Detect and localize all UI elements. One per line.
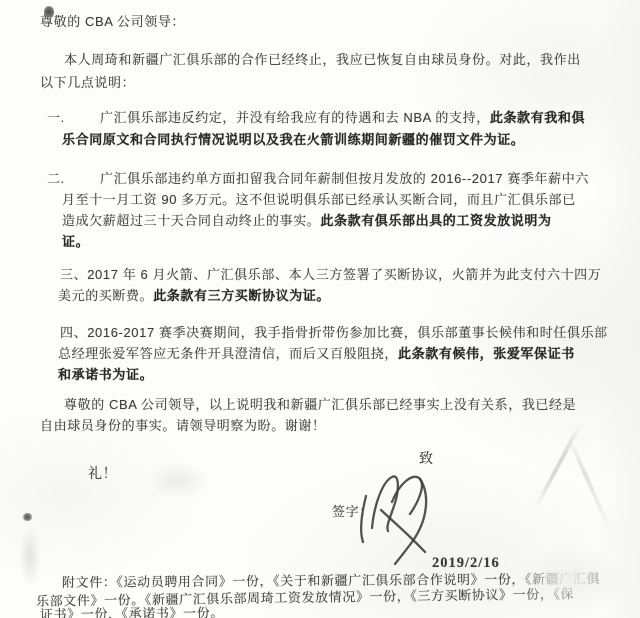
- text-segment: 广汇俱乐部违反约定，并没有给我应有的待遇和去 NBA 的支持，: [100, 110, 490, 125]
- text-segment: 总经理张爱军答应无条件开具澄清信，而后又百般阻挠，: [58, 346, 398, 361]
- scan-smudge: [17, 519, 43, 593]
- item-2-line-4: 证。: [62, 234, 89, 249]
- text-segment: 一.: [47, 110, 65, 125]
- text-segment: 致: [419, 450, 434, 466]
- text-segment: 此条款有我和俱: [490, 110, 585, 125]
- text-segment: 乐合同原文和合同执行情况说明以及我在火箭训练期间新疆的催罚文件为证。: [62, 132, 524, 147]
- attachment-line-3: 证书》一份，《承诺书》一份。: [40, 605, 224, 618]
- text-segment: 自由球员身份的事实。请领导明察为盼。谢谢！: [40, 418, 326, 433]
- text-segment: 此条款有俱乐部出具的工资发放说明为: [320, 213, 551, 228]
- item-1-line-1: 广汇俱乐部违反约定，并没有给我应有的待遇和去 NBA 的支持，此条款有我和俱: [100, 110, 585, 125]
- item-3-line-1: 三、2017 年 6 月火箭、广汇俱乐部、本人三方签署了买断协议，火箭并为此支付…: [60, 267, 601, 282]
- scan-shading: [596, 0, 640, 618]
- closing-line-1: 尊敬的 CBA 公司领导，以上说明我和新疆广汇俱乐部已经事实上没有关系，我已经是: [64, 397, 576, 412]
- text-segment: 美元的买断费。: [58, 288, 153, 303]
- text-segment: 月至十一月工资 90 多万元。这不但说明俱乐部已经承认买断合同，而且广汇俱乐部已: [62, 192, 576, 207]
- text-segment: 尊敬的 CBA 公司领导，以上说明我和新疆广汇俱乐部已经事实上没有关系，我已经是: [64, 397, 576, 412]
- scan-smudge: [534, 423, 583, 510]
- closing-line-2: 自由球员身份的事实。请领导明察为盼。谢谢！: [40, 418, 326, 433]
- text-segment: 礼！: [88, 465, 117, 481]
- text-segment: 此条款有候伟，张爱军保证书: [398, 346, 575, 361]
- item-1-number: 一.: [47, 110, 65, 125]
- item-3-line-2: 美元的买断费。此条款有三方买断协议为证。: [58, 288, 330, 303]
- item-4-line-3: 和承诺书为证。: [58, 367, 153, 382]
- text-segment: 四、2016-2017 赛季决赛期间，我手指骨折带伤参加比赛，俱乐部董事长候伟和…: [60, 325, 608, 340]
- item-2-line-1: 广汇俱乐部违约单方面扣留我合同年薪制但按月发放的 2016--2017 赛季年薪…: [100, 171, 589, 186]
- scan-smudge: [138, 458, 218, 504]
- closing-li: 礼！: [88, 466, 117, 481]
- text-segment: 三、2017 年 6 月火箭、广汇俱乐部、本人三方签署了买断协议，火箭并为此支付…: [60, 267, 601, 282]
- signature-stroke: [361, 496, 366, 542]
- text-segment: 广汇俱乐部违约单方面扣留我合同年薪制但按月发放的 2016--2017 赛季年薪…: [100, 171, 589, 186]
- item-1-line-2: 乐合同原文和合同执行情况说明以及我在火箭训练期间新疆的催罚文件为证。: [62, 132, 524, 147]
- closing-zhi: 致: [419, 451, 434, 466]
- item-2-line-3: 造成欠薪超过三十天合同自动终止的事实。此条款有俱乐部出具的工资发放说明为: [62, 213, 552, 228]
- text-segment: 和承诺书为证。: [58, 367, 153, 382]
- text-segment: 尊敬的 CBA 公司领导：: [40, 14, 185, 29]
- ink-speck: [22, 513, 33, 521]
- text-segment: 本人周琦和新疆广汇俱乐部的合作已经终止，我应已恢复自由球员身份。对此，我作出: [64, 52, 581, 67]
- text-segment: 以下几点说明：: [40, 75, 135, 90]
- item-2-line-2: 月至十一月工资 90 多万元。这不但说明俱乐部已经承认买断合同，而且广汇俱乐部已: [62, 192, 576, 207]
- item-2-number: 二.: [47, 171, 65, 186]
- item-4-line-2: 总经理张爱军答应无条件开具澄清信，而后又百般阻挠，此条款有候伟，张爱军保证书: [58, 346, 575, 361]
- text-segment: 此条款有三方买断协议为证。: [153, 288, 330, 303]
- salutation: 尊敬的 CBA 公司领导：: [40, 14, 185, 29]
- intro-line-2: 以下几点说明：: [40, 75, 135, 90]
- letter-page: 尊敬的 CBA 公司领导：本人周琦和新疆广汇俱乐部的合作已经终止，我应已恢复自由…: [0, 0, 640, 618]
- item-4-line-1: 四、2016-2017 赛季决赛期间，我手指骨折带伤参加比赛，俱乐部董事长候伟和…: [60, 325, 608, 340]
- text-segment: 造成欠薪超过三十天合同自动终止的事实。: [62, 213, 320, 228]
- text-segment: 二.: [47, 171, 65, 186]
- scan-smudge: [566, 434, 614, 536]
- text-segment: 证。: [62, 234, 89, 249]
- text-segment: 证书》一份，《承诺书》一份。: [40, 605, 224, 618]
- intro-line-1: 本人周琦和新疆广汇俱乐部的合作已经终止，我应已恢复自由球员身份。对此，我作出: [64, 52, 581, 67]
- handwritten-signature-scribble: [348, 466, 484, 568]
